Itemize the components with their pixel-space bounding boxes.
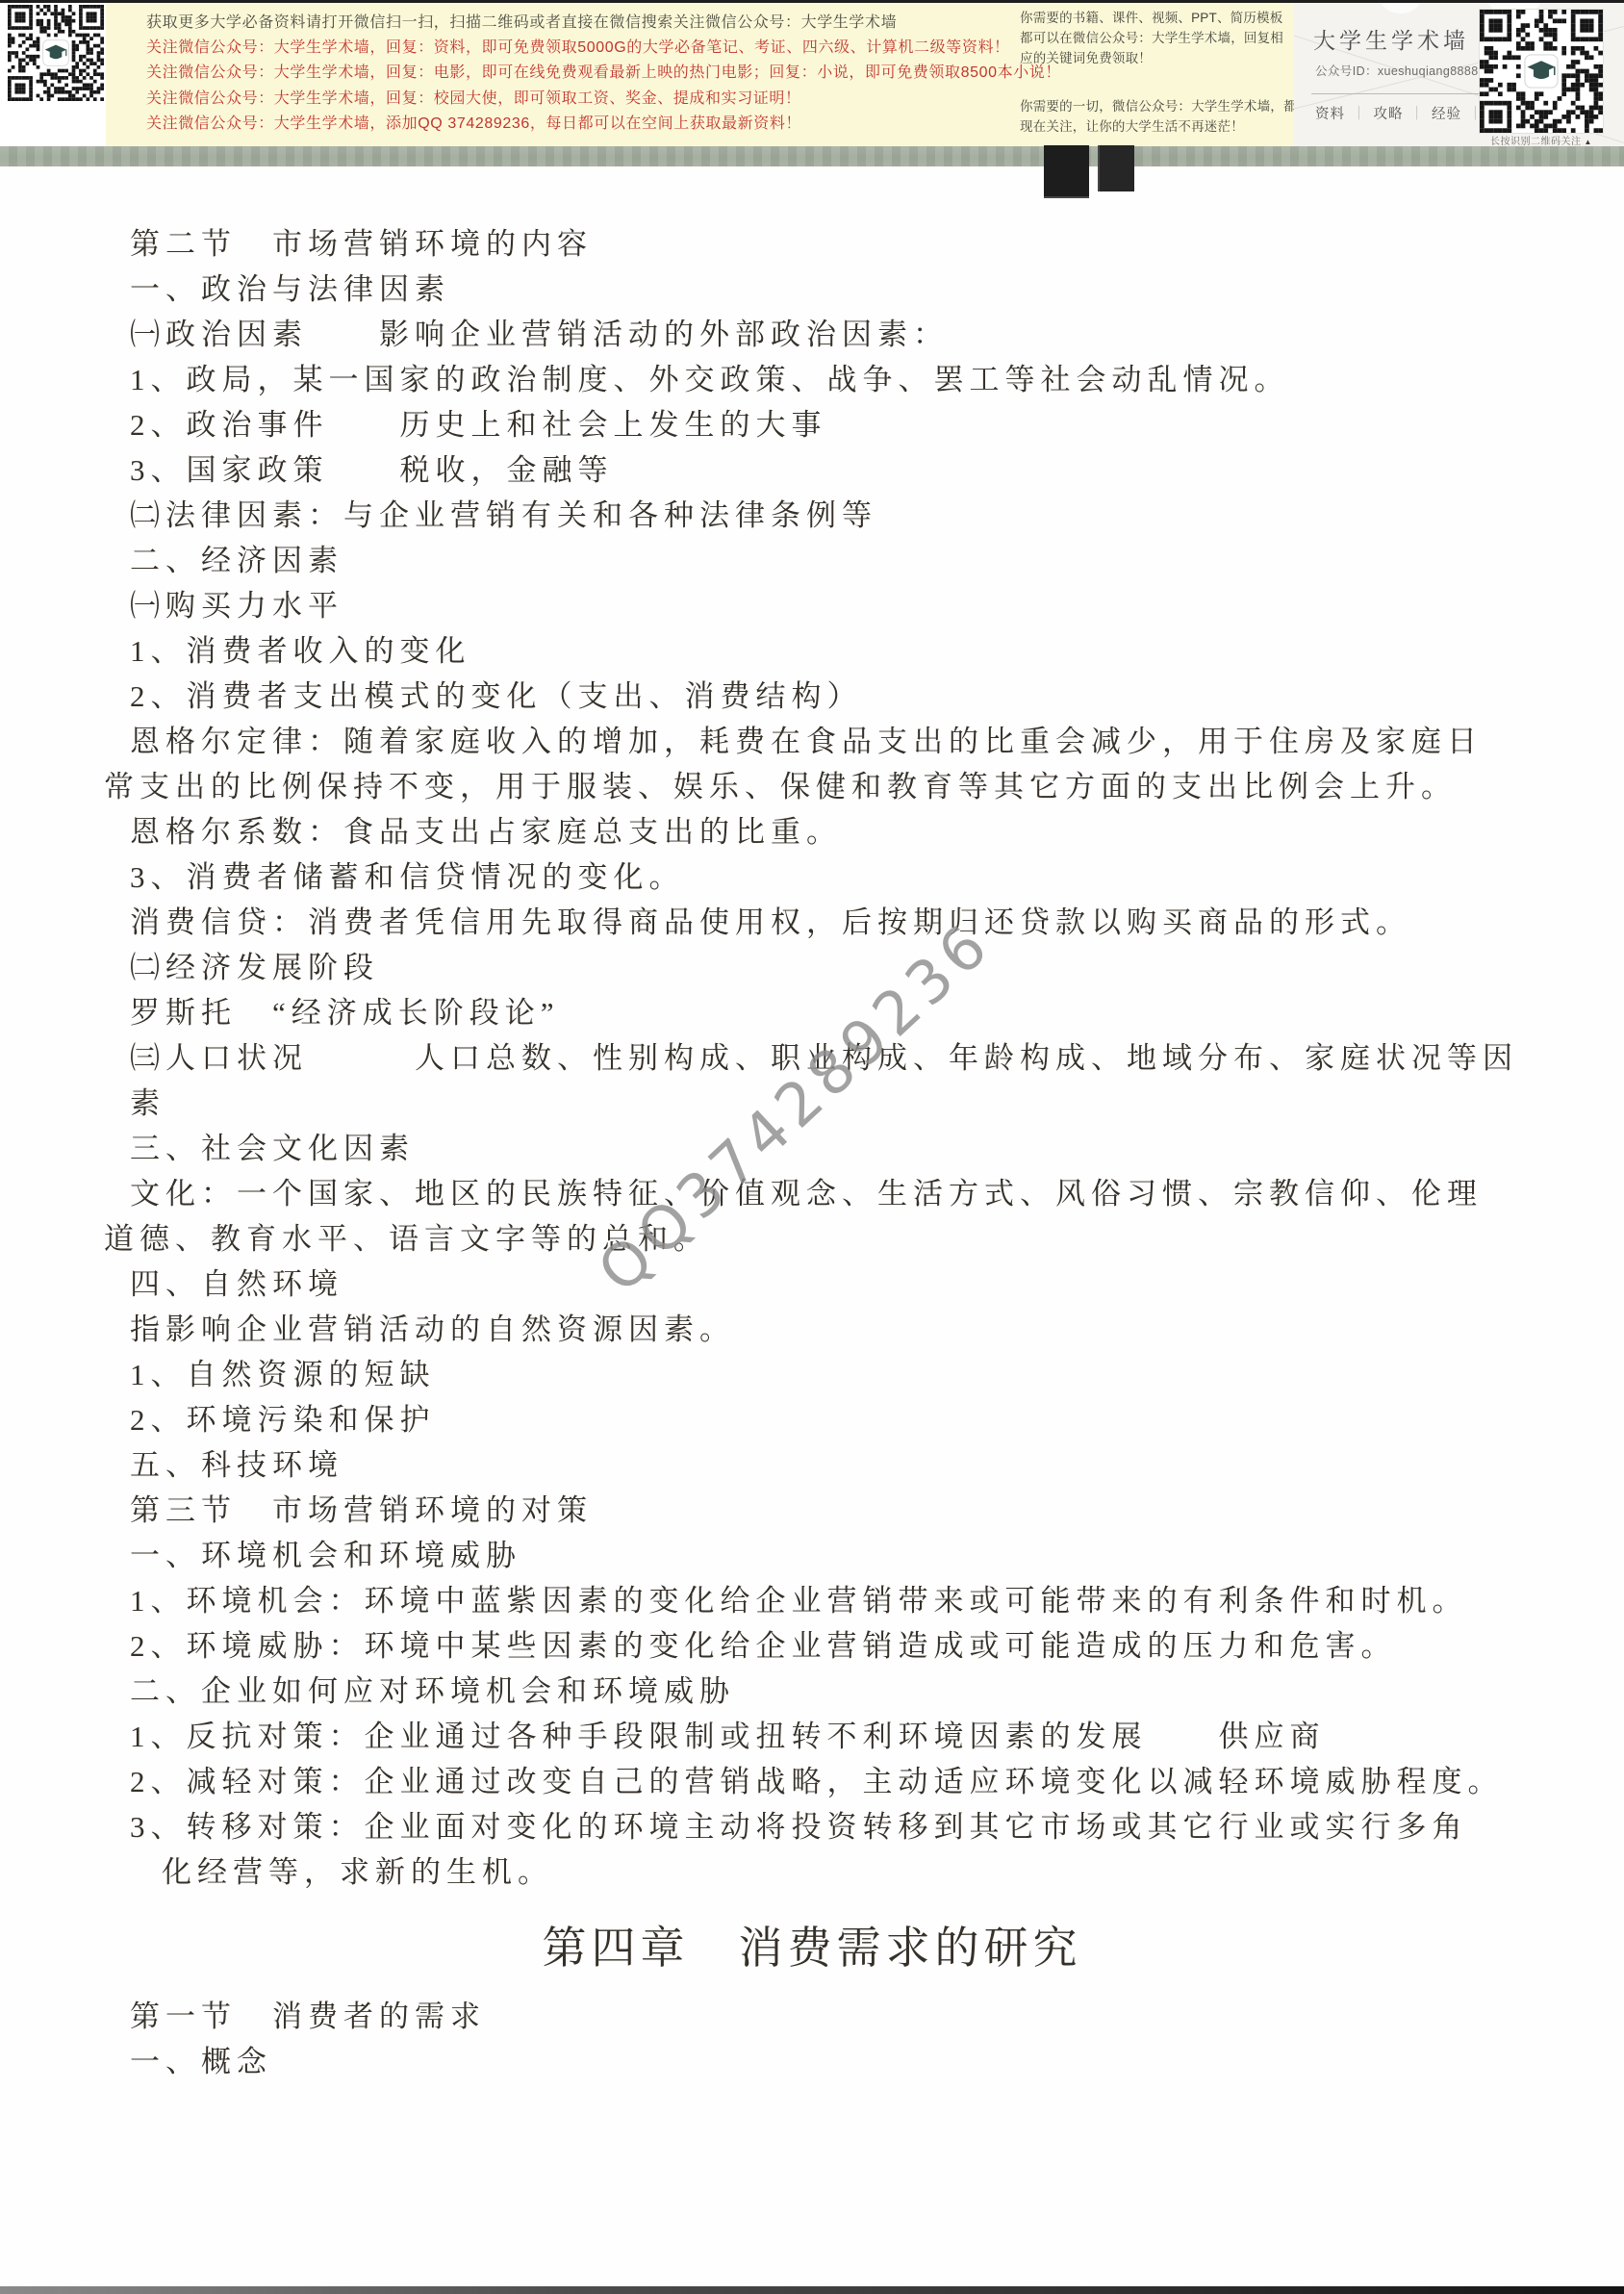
green-strip [0, 146, 1624, 166]
doc-line: 1、反抗对策：企业通过各种手段限制或扭转不利环境因素的发展 供应商 [0, 1714, 1624, 1759]
tag-separator: ｜ [1410, 107, 1426, 122]
chapter-heading: 第四章 消费需求的研究 [0, 1895, 1624, 1994]
doc-line: 2、消费者支出模式的变化（支出、消费结构） [0, 674, 1624, 719]
promo-line: 关注微信公众号：大学生学术墙，回复：校园大使，即可领取工资、奖金、提成和实习证明… [146, 87, 1061, 112]
doc-line: ㈠政治因素 影响企业营销活动的外部政治因素： [0, 312, 1624, 357]
divider [1311, 93, 1498, 94]
promo-line: 获取更多大学必备资料请打开微信扫一扫，扫描二维码或者直接在微信搜索关注微信公众号… [146, 11, 1061, 36]
brand-title: 大学生学术墙 [1313, 23, 1469, 55]
qr-caption: 长按识别二维码关注▲ [1473, 133, 1610, 146]
side-note-top: 你需要的书籍、课件、视频、PPT、简历模板都可以在微信公众号：大学生学术墙，回复… [1020, 8, 1301, 68]
doc-line: 指影响企业营销活动的自然资源因素。 [0, 1307, 1624, 1352]
doc-line: 1、自然资源的短缺 [0, 1352, 1624, 1397]
promo-line: 关注微信公众号：大学生学术墙，添加QQ 374289236，每日都可以在空间上获… [146, 112, 1061, 137]
doc-line: 五、科技环境 [0, 1442, 1624, 1488]
doc-line: 罗斯托 “经济成长阶段论” [0, 990, 1624, 1035]
side-note-line: 现在关注，让你的大学生活不再迷茫！ [1020, 116, 1301, 137]
doc-line: 文化：一个国家、地区的民族特征、价值观念、生活方式、风俗习惯、宗教信仰、伦理 [0, 1171, 1624, 1216]
promo-banner: 获取更多大学必备资料请打开微信扫一扫，扫描二维码或者直接在微信搜索关注微信公众号… [0, 0, 1624, 146]
side-note: 你需要的书籍、课件、视频、PPT、简历模板都可以在微信公众号：大学生学术墙，回复… [1020, 8, 1301, 137]
doc-line: 第三节 市场营销环境的对策 [0, 1488, 1624, 1533]
doc-line: 二、企业如何应对环境机会和环境威胁 [0, 1669, 1624, 1714]
doc-line: 2、政治事件 历史上和社会上发生的大事 [0, 402, 1624, 447]
doc-line: 四、自然环境 [0, 1262, 1624, 1307]
page: 获取更多大学必备资料请打开微信扫一扫，扫描二维码或者直接在微信搜索关注微信公众号… [0, 0, 1624, 2294]
brand-qr-code [1480, 10, 1603, 133]
doc-line: 3、转移对策：企业面对变化的环境主动将投资转移到其它市场或其它行业或实行多角 [0, 1804, 1624, 1849]
qr-caption-text: 长按识别二维码关注 [1490, 137, 1582, 146]
brand-tag: 资料 [1315, 107, 1345, 122]
doc-line: ㈠购买力水平 [0, 583, 1624, 628]
doc-line: 2、环境威胁：环境中某些因素的变化给企业营销造成或可能造成的压力和危害。 [0, 1623, 1624, 1669]
wechat-qr-code [8, 5, 104, 101]
arrow-up-icon: ▲ [1585, 138, 1592, 146]
doc-line: ㈡经济发展阶段 [0, 945, 1624, 990]
doc-line: 道德、教育水平、语言文字等的总和。 [0, 1216, 1624, 1262]
doc-line: 第二节 市场营销环境的内容 [0, 221, 1624, 267]
image-fragment [1098, 145, 1134, 191]
brand-tag: 攻略 [1374, 107, 1404, 122]
side-note-bottom: 你需要的一切，微信公众号：大学生学术墙，都有！现在关注，让你的大学生活不再迷茫！ [1020, 96, 1301, 137]
image-fragment [1044, 145, 1089, 198]
side-note-line: 都可以在微信公众号：大学生学术墙，回复相 [1020, 28, 1301, 48]
promo-line: 关注微信公众号：大学生学术墙，回复：电影，即可在线免费观看最新上映的热门电影；回… [146, 61, 1061, 86]
qr-code-image [8, 5, 104, 101]
doc-line: ㈡法律因素：与企业营销有关和各种法律条例等 [0, 493, 1624, 538]
tag-separator: ｜ [1352, 107, 1367, 122]
promo-line: 关注微信公众号：大学生学术墙，回复：资料，即可免费领取5000G的大学必备笔记、… [146, 36, 1061, 61]
doc-line: 第一节 消费者的需求 [0, 1994, 1624, 2039]
doc-line: 常支出的比例保持不变，用于服装、娱乐、保健和教育等其它方面的支出比例会上升。 [0, 764, 1624, 809]
top-border [0, 0, 1624, 3]
brand-card: 大学生学术墙 公众号ID：xueshuqiang8888 资料｜攻略｜经验｜未来… [1294, 0, 1624, 146]
document-body: 第二节 市场营销环境的内容一、政治与法律因素㈠政治因素 影响企业营销活动的外部政… [0, 221, 1624, 2084]
brand-account-id: 公众号ID：xueshuqiang8888 [1315, 62, 1479, 79]
doc-line: 恩格尔定律：随着家庭收入的增加，耗费在食品支出的比重会减少，用于住房及家庭日 [0, 719, 1624, 764]
doc-line: 二、经济因素 [0, 538, 1624, 583]
promo-lines: 获取更多大学必备资料请打开微信扫一扫，扫描二维码或者直接在微信搜索关注微信公众号… [146, 11, 1061, 137]
doc-line: 2、环境污染和保护 [0, 1397, 1624, 1442]
doc-line: 2、减轻对策：企业通过改变自己的营销战略，主动适应环境变化以减轻环境威胁程度。 [0, 1759, 1624, 1804]
doc-line: 1、政局，某一国家的政治制度、外交政策、战争、罢工等社会动乱情况。 [0, 357, 1624, 402]
doc-line: 1、环境机会：环境中蓝紫因素的变化给企业营销带来或可能带来的有利条件和时机。 [0, 1578, 1624, 1623]
side-note-line: 你需要的书籍、课件、视频、PPT、简历模板 [1020, 8, 1301, 28]
doc-line: 消费信贷：消费者凭信用先取得商品使用权，后按期归还贷款以购买商品的形式。 [0, 900, 1624, 945]
doc-line: 3、国家政策 税收，金融等 [0, 447, 1624, 493]
doc-line: 一、政治与法律因素 [0, 267, 1624, 312]
doc-line: 1、消费者收入的变化 [0, 628, 1624, 674]
brand-tag: 经验 [1432, 107, 1461, 122]
doc-line: 一、概念 [0, 2039, 1624, 2084]
side-note-line: 你需要的一切，微信公众号：大学生学术墙，都有！ [1020, 96, 1301, 116]
doc-line: 一、环境机会和环境威胁 [0, 1533, 1624, 1578]
doc-line: 恩格尔系数：食品支出占家庭总支出的比重。 [0, 809, 1624, 854]
doc-line: 3、消费者储蓄和信贷情况的变化。 [0, 854, 1624, 900]
side-note-line: 应的关键词免费领取！ [1020, 48, 1301, 68]
doc-line: 化经营等，求新的生机。 [0, 1849, 1624, 1895]
qr-code-image [1480, 10, 1603, 133]
bottom-edge [0, 2286, 1624, 2294]
